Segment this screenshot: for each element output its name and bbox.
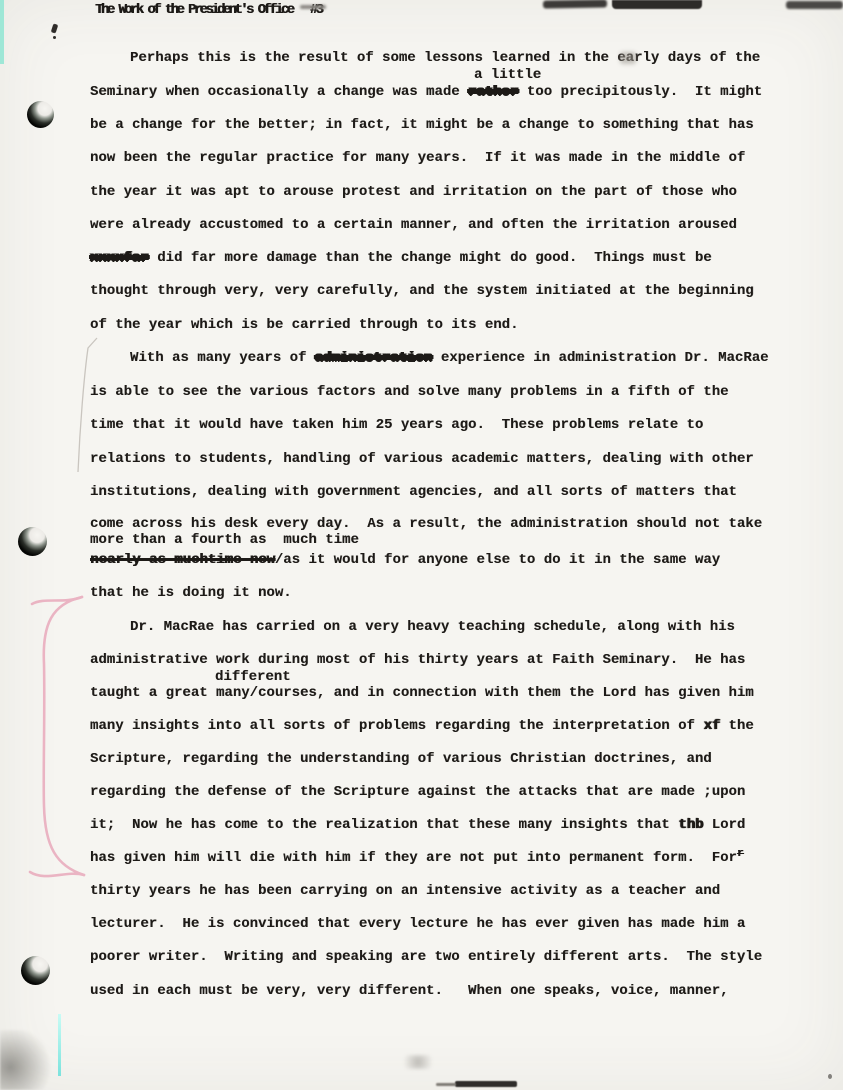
- text-line: Scripture, regarding the understanding o…: [90, 750, 712, 768]
- text-line: taught a great many/courses, and in conn…: [90, 684, 754, 702]
- smudge-mark: [436, 1083, 456, 1086]
- text-line: a little: [474, 66, 541, 84]
- text-line: used in each must be very, very differen…: [90, 982, 729, 1000]
- text-line: thirty years he has been carrying on an …: [90, 882, 720, 900]
- text-line: Dr. MacRae has carried on a very heavy t…: [130, 618, 735, 636]
- margin-bracket-annotation: [28, 588, 94, 888]
- text-line: be a change for the better; in fact, it …: [90, 116, 754, 134]
- ink-speck: [828, 1074, 832, 1079]
- text-line: has given him will die with him if they …: [90, 849, 744, 868]
- scan-edge-mark: [0, 0, 4, 64]
- text-line: the year it was apt to arouse protest an…: [90, 183, 737, 201]
- text-line: more than a fourth as much time: [90, 531, 359, 549]
- hole-punch-mark: [21, 956, 50, 985]
- smudge-mark: [455, 1081, 517, 1087]
- smudge-mark: [543, 0, 607, 9]
- text-line: institutions, dealing with government ag…: [90, 483, 737, 501]
- smudge-mark: [398, 1055, 438, 1069]
- text-line: With as many years of administration exp…: [130, 349, 769, 367]
- text-line: administrative work during most of his t…: [90, 651, 745, 669]
- text-line: time that it would have taken him 25 yea…: [90, 416, 703, 434]
- text-line: it; Now he has come to the realization t…: [90, 816, 745, 834]
- text-line: relations to students, handling of vario…: [90, 450, 754, 468]
- pencil-mark: [70, 336, 100, 476]
- smudge-mark: [0, 1030, 58, 1090]
- text-line: is able to see the various factors and s…: [90, 383, 729, 401]
- text-line: nearly as muchtime now/as it would for a…: [90, 551, 720, 569]
- smudge-mark: [300, 5, 326, 9]
- text-line: poorer writer. Writing and speaking are …: [90, 948, 762, 966]
- smudge-mark: [612, 0, 702, 9]
- text-line: lecturer. He is convinced that every lec…: [90, 915, 745, 933]
- hole-punch-mark: [18, 527, 47, 556]
- smudge-mark: [786, 1, 843, 9]
- text-line: Seminary when occasionally a change was …: [90, 83, 762, 101]
- text-line: regarding the defense of the Scripture a…: [90, 783, 745, 801]
- text-line: xxxxfar did far more damage than the cha…: [90, 249, 712, 267]
- text-line: now been the regular practice for many y…: [90, 149, 745, 167]
- ink-speck: [51, 23, 59, 33]
- scan-edge-mark: [58, 1014, 61, 1076]
- text-line: of the year which is be carried through …: [90, 316, 518, 334]
- text-line: Perhaps this is the result of some lesso…: [130, 49, 760, 67]
- text-line: were already accustomed to a certain man…: [90, 216, 737, 234]
- scanned-document-page: The Work of the President's Office #3 Pe…: [0, 0, 843, 1090]
- ink-speck: [53, 36, 56, 39]
- text-line: many insights into all sorts of problems…: [90, 717, 754, 735]
- hole-punch-mark: [27, 101, 54, 128]
- text-line: that he is doing it now.: [90, 584, 292, 602]
- text-line: thought through very, very carefully, an…: [90, 282, 754, 300]
- smudge-mark: [620, 52, 636, 64]
- page-title: The Work of the President's Office #3: [95, 2, 321, 18]
